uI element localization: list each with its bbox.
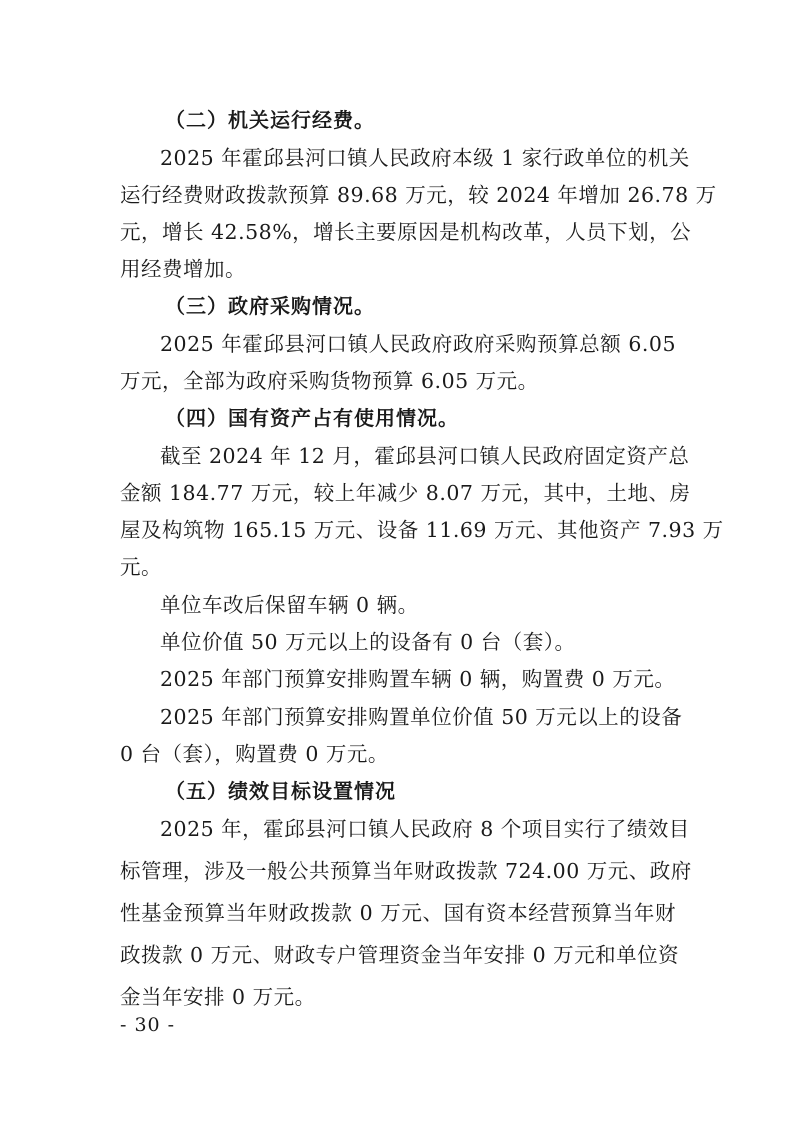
paragraph-line: 2025 年，霍邱县河口镇人民政府 8 个项目实行了绩效目 (160, 816, 676, 842)
paragraph-line: 2025 年霍邱县河口镇人民政府本级 1 家行政单位的机关 (160, 145, 676, 171)
paragraph-line: 元，增长 42.58%，增长主要原因是机构改革，人员下划，公 (120, 219, 676, 245)
paragraph-line: 性基金预算当年财政拨款 0 万元、国有资本经营预算当年财 (120, 900, 676, 926)
paragraph-line: 截至 2024 年 12 月，霍邱县河口镇人民政府固定资产总 (160, 443, 676, 469)
paragraph-line: 运行经费财政拨款预算 89.68 万元，较 2024 年增加 26.78 万 (120, 182, 676, 208)
section-heading-operating-expenses: （二）机关运行经费。 (165, 107, 375, 133)
paragraph-line: 金额 184.77 万元，较上年减少 8.07 万元，其中，土地、房 (120, 480, 676, 506)
paragraph-line: 0 台（套），购置费 0 万元。 (120, 741, 389, 767)
paragraph-line: 2025 年部门预算安排购置单位价值 50 万元以上的设备 (160, 704, 676, 730)
paragraph-line: 标管理，涉及一般公共预算当年财政拨款 724.00 万元、政府 (120, 858, 676, 884)
paragraph-line: 单位车改后保留车辆 0 辆。 (160, 592, 419, 618)
paragraph-line: 2025 年霍邱县河口镇人民政府政府采购预算总额 6.05 (160, 331, 676, 357)
paragraph-line: 用经费增加。 (120, 256, 246, 282)
paragraph-line: 单位价值 50 万元以上的设备有 0 台（套）。 (160, 629, 575, 655)
paragraph-line: 政拨款 0 万元、财政专户管理资金当年安排 0 万元和单位资 (120, 942, 676, 968)
section-heading-performance-targets: （五）绩效目标设置情况 (165, 778, 396, 804)
paragraph-line: 2025 年部门预算安排购置车辆 0 辆，购置费 0 万元。 (160, 666, 675, 692)
paragraph-line: 万元，全部为政府采购货物预算 6.05 万元。 (120, 368, 539, 394)
paragraph-line: 屋及构筑物 165.15 万元、设备 11.69 万元、其他资产 7.93 万 (120, 517, 676, 543)
section-heading-state-assets: （四）国有资产占有使用情况。 (165, 405, 459, 431)
paragraph-line: 元。 (120, 554, 162, 580)
paragraph-line: 金当年安排 0 万元。 (120, 984, 316, 1010)
page-number: - 30 - (120, 1013, 175, 1037)
section-heading-government-procurement: （三）政府采购情况。 (165, 293, 375, 319)
